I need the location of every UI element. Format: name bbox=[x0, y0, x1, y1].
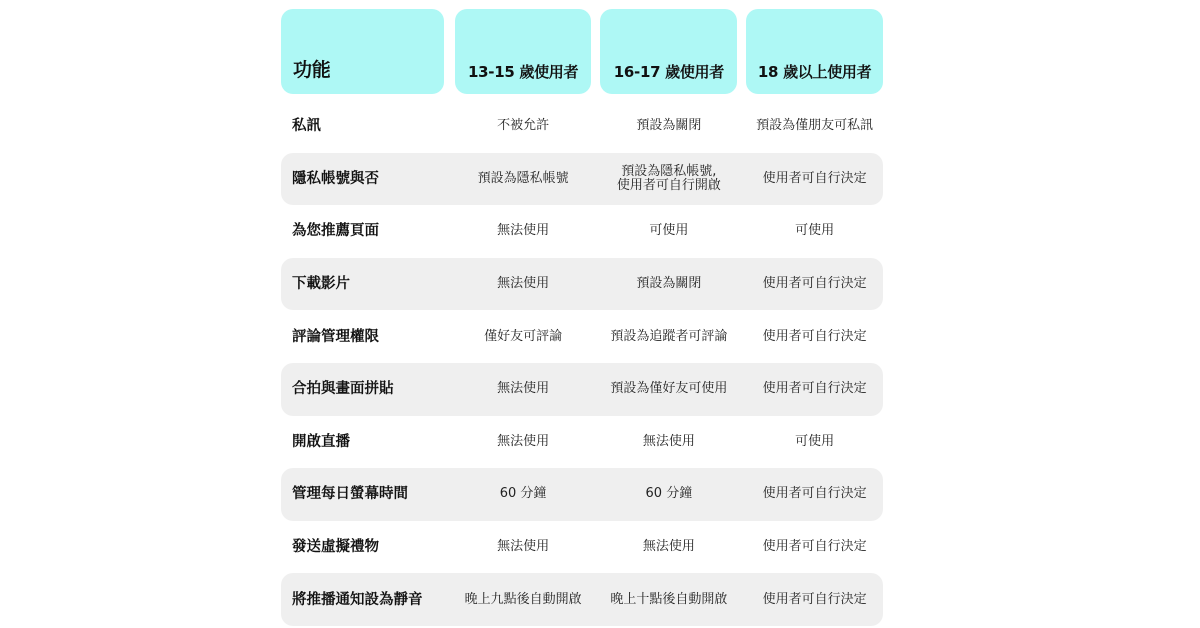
value-age-18-plus: 使用者可自行決定 bbox=[746, 277, 883, 291]
table-row: 評論管理權限 僅好友可評論 預設為追蹤者可評論 使用者可自行決定 bbox=[281, 310, 883, 363]
value-age-18-plus: 預設為僅朋友可私訊 bbox=[746, 119, 883, 133]
value-age-16-17: 預設為關閉 bbox=[600, 277, 737, 291]
table-row: 合拍與畫面拼貼 無法使用 預設為僅好友可使用 使用者可自行決定 bbox=[281, 363, 883, 416]
table-row: 將推播通知設為靜音 晚上九點後自動開啟 晚上十點後自動開啟 使用者可自行決定 bbox=[281, 573, 883, 626]
feature-name: 下載影片 bbox=[281, 277, 455, 291]
value-age-18-plus: 使用者可自行決定 bbox=[746, 540, 883, 554]
age-feature-comparison-table: 功能 13-15 歲使用者 16-17 歲使用者 18 歲以上使用者 私訊 不被… bbox=[281, 9, 883, 626]
table-header: 功能 13-15 歲使用者 16-17 歲使用者 18 歲以上使用者 bbox=[281, 9, 883, 94]
table-row: 下載影片 無法使用 預設為關閉 使用者可自行決定 bbox=[281, 258, 883, 311]
value-age-16-17: 無法使用 bbox=[600, 435, 737, 449]
value-age-18-plus: 可使用 bbox=[746, 224, 883, 238]
value-age-16-17: 晚上十點後自動開啟 bbox=[600, 593, 737, 607]
value-age-13-15: 僅好友可評論 bbox=[455, 330, 592, 344]
table-row: 管理每日螢幕時間 60 分鐘 60 分鐘 使用者可自行決定 bbox=[281, 468, 883, 521]
feature-name: 隱私帳號與否 bbox=[281, 172, 455, 186]
value-age-13-15: 無法使用 bbox=[455, 277, 592, 291]
table-row: 私訊 不被允許 預設為關閉 預設為僅朋友可私訊 bbox=[281, 100, 883, 153]
value-age-18-plus: 使用者可自行決定 bbox=[746, 593, 883, 607]
value-age-16-17: 預設為關閉 bbox=[600, 119, 737, 133]
value-age-18-plus: 使用者可自行決定 bbox=[746, 330, 883, 344]
value-age-16-17: 預設為追蹤者可評論 bbox=[600, 330, 737, 344]
value-age-13-15: 無法使用 bbox=[455, 382, 592, 396]
table-row: 開啟直播 無法使用 無法使用 可使用 bbox=[281, 416, 883, 469]
feature-name: 合拍與畫面拼貼 bbox=[281, 382, 455, 396]
value-age-16-17: 無法使用 bbox=[600, 540, 737, 554]
value-age-13-15: 預設為隱私帳號 bbox=[455, 172, 592, 186]
value-age-16-17: 預設為隱私帳號, 使用者可自行開啟 bbox=[600, 165, 737, 193]
value-age-13-15: 不被允許 bbox=[455, 119, 592, 133]
value-age-13-15: 無法使用 bbox=[455, 224, 592, 238]
value-age-13-15: 60 分鐘 bbox=[455, 487, 592, 501]
feature-name: 將推播通知設為靜音 bbox=[281, 593, 455, 607]
header-feature: 功能 bbox=[281, 9, 444, 94]
value-age-16-17: 60 分鐘 bbox=[600, 487, 737, 501]
value-age-13-15: 無法使用 bbox=[455, 540, 592, 554]
feature-name: 評論管理權限 bbox=[281, 330, 455, 344]
value-age-16-17: 可使用 bbox=[600, 224, 737, 238]
feature-name: 開啟直播 bbox=[281, 435, 455, 449]
feature-name: 為您推薦頁面 bbox=[281, 224, 455, 238]
value-age-13-15: 無法使用 bbox=[455, 435, 592, 449]
value-age-13-15: 晚上九點後自動開啟 bbox=[455, 593, 592, 607]
value-age-16-17: 預設為僅好友可使用 bbox=[600, 382, 737, 396]
feature-name: 管理每日螢幕時間 bbox=[281, 487, 455, 501]
table-body: 私訊 不被允許 預設為關閉 預設為僅朋友可私訊 隱私帳號與否 預設為隱私帳號 預… bbox=[281, 100, 883, 626]
table-row: 發送虛擬禮物 無法使用 無法使用 使用者可自行決定 bbox=[281, 521, 883, 574]
feature-name: 發送虛擬禮物 bbox=[281, 540, 455, 554]
header-age-13-15: 13-15 歲使用者 bbox=[455, 9, 592, 94]
value-age-18-plus: 使用者可自行決定 bbox=[746, 382, 883, 396]
value-age-18-plus: 使用者可自行決定 bbox=[746, 172, 883, 186]
header-age-18-plus: 18 歲以上使用者 bbox=[746, 9, 883, 94]
table-row: 為您推薦頁面 無法使用 可使用 可使用 bbox=[281, 205, 883, 258]
value-age-18-plus: 使用者可自行決定 bbox=[746, 487, 883, 501]
table-row: 隱私帳號與否 預設為隱私帳號 預設為隱私帳號, 使用者可自行開啟 使用者可自行決… bbox=[281, 153, 883, 206]
header-age-16-17: 16-17 歲使用者 bbox=[600, 9, 737, 94]
value-age-18-plus: 可使用 bbox=[746, 435, 883, 449]
feature-name: 私訊 bbox=[281, 119, 455, 133]
